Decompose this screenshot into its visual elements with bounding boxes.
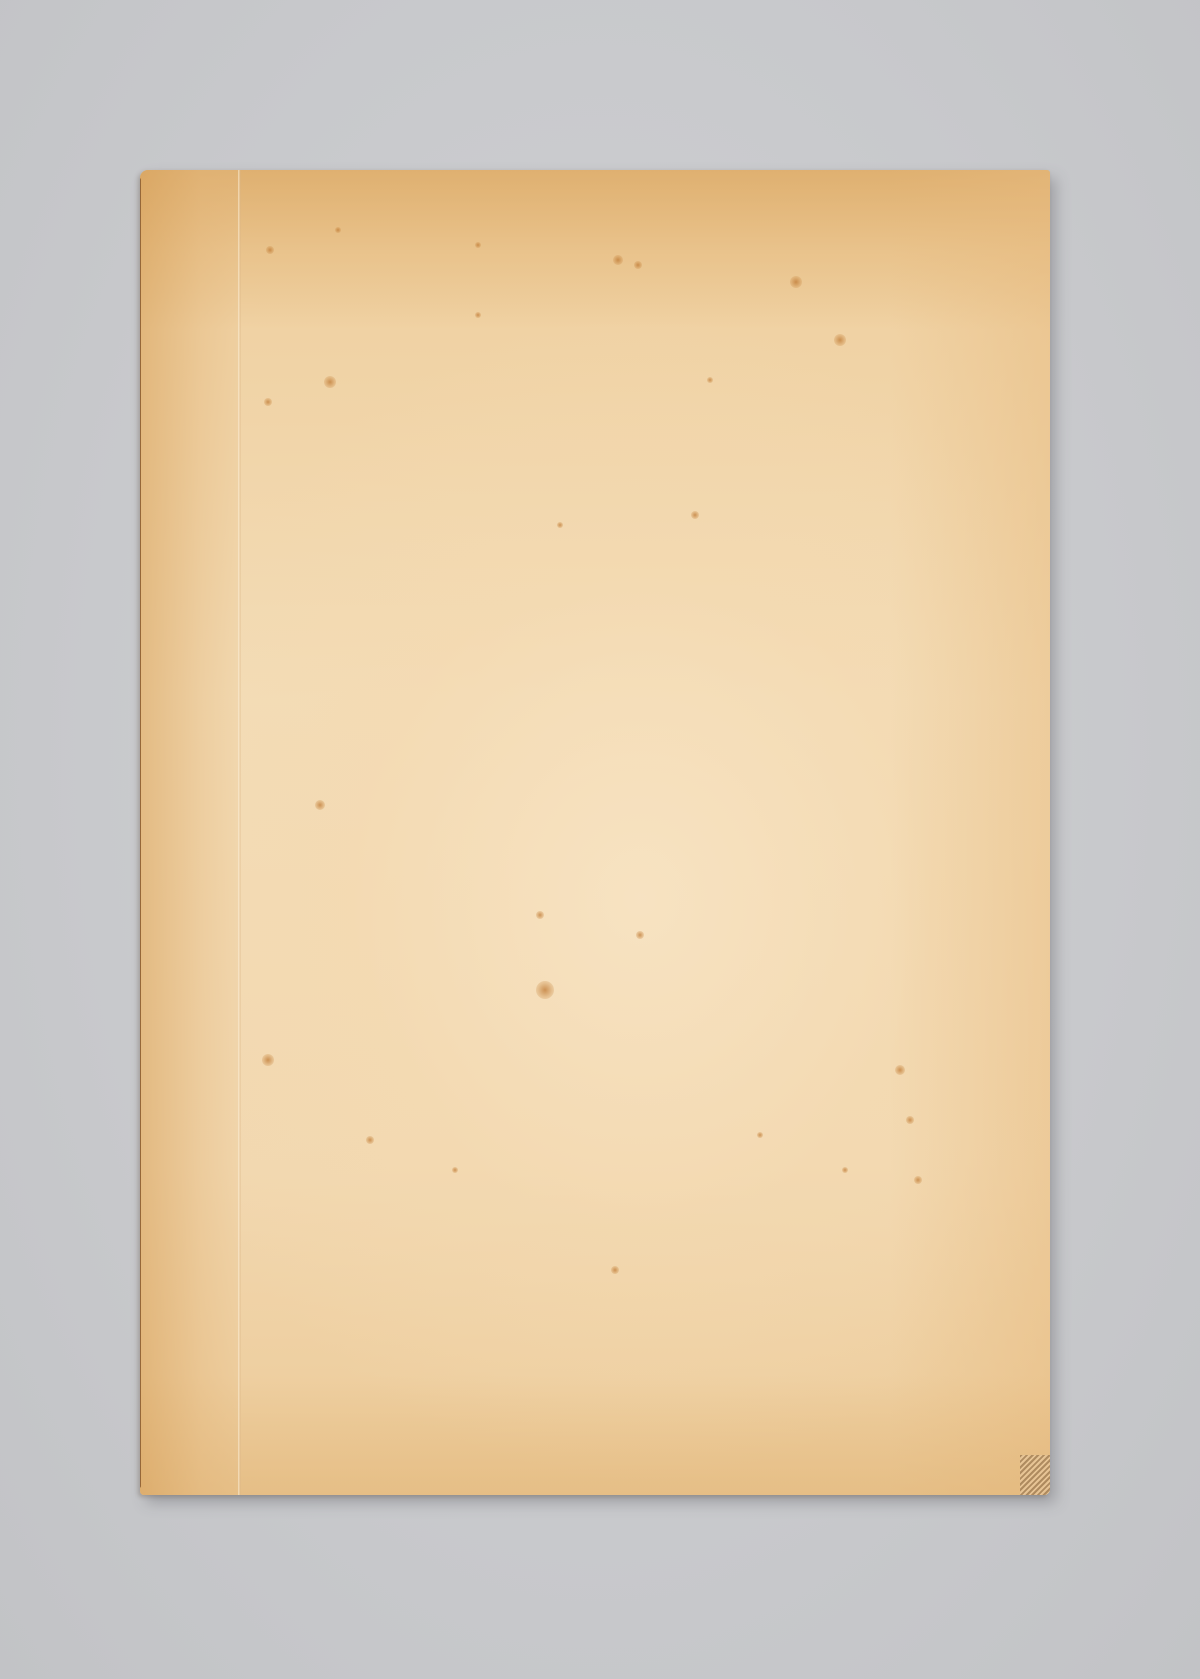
foxing-spot [266, 246, 274, 254]
foxing-spot [536, 981, 554, 999]
foxing-spot [475, 242, 481, 248]
foxing-spot [634, 261, 642, 269]
spine-fold-line [238, 170, 241, 1495]
foxing-spot [613, 255, 623, 265]
spine-edge [140, 178, 141, 1488]
foxing-spot [475, 312, 481, 318]
book-cover [140, 170, 1050, 1495]
foxing-spot [611, 1266, 619, 1274]
foxing-spot [324, 376, 336, 388]
foxing-spot [757, 1132, 763, 1138]
foxing-spot [842, 1167, 848, 1173]
foxing-spot [536, 911, 544, 919]
foxing-spot [315, 800, 325, 810]
foxing-spot [557, 522, 563, 528]
foxing-spot [895, 1065, 905, 1075]
foxing-spot [366, 1136, 374, 1144]
foxing-spot [264, 398, 272, 406]
foxing-spot [914, 1176, 922, 1184]
foxing-spot [636, 931, 644, 939]
edge-toning-right [890, 170, 1050, 1495]
edge-toning-bottom [140, 1375, 1050, 1495]
foxing-spot [906, 1116, 914, 1124]
spine-band [140, 170, 240, 1495]
foxing-spot [707, 377, 713, 383]
foxing-spot [262, 1054, 274, 1066]
foxing-spot [834, 334, 846, 346]
foxing-spot [790, 276, 802, 288]
worn-corner [1020, 1455, 1050, 1495]
foxing-spot [452, 1167, 458, 1173]
foxing-spot [691, 511, 699, 519]
foxing-spot [335, 227, 341, 233]
